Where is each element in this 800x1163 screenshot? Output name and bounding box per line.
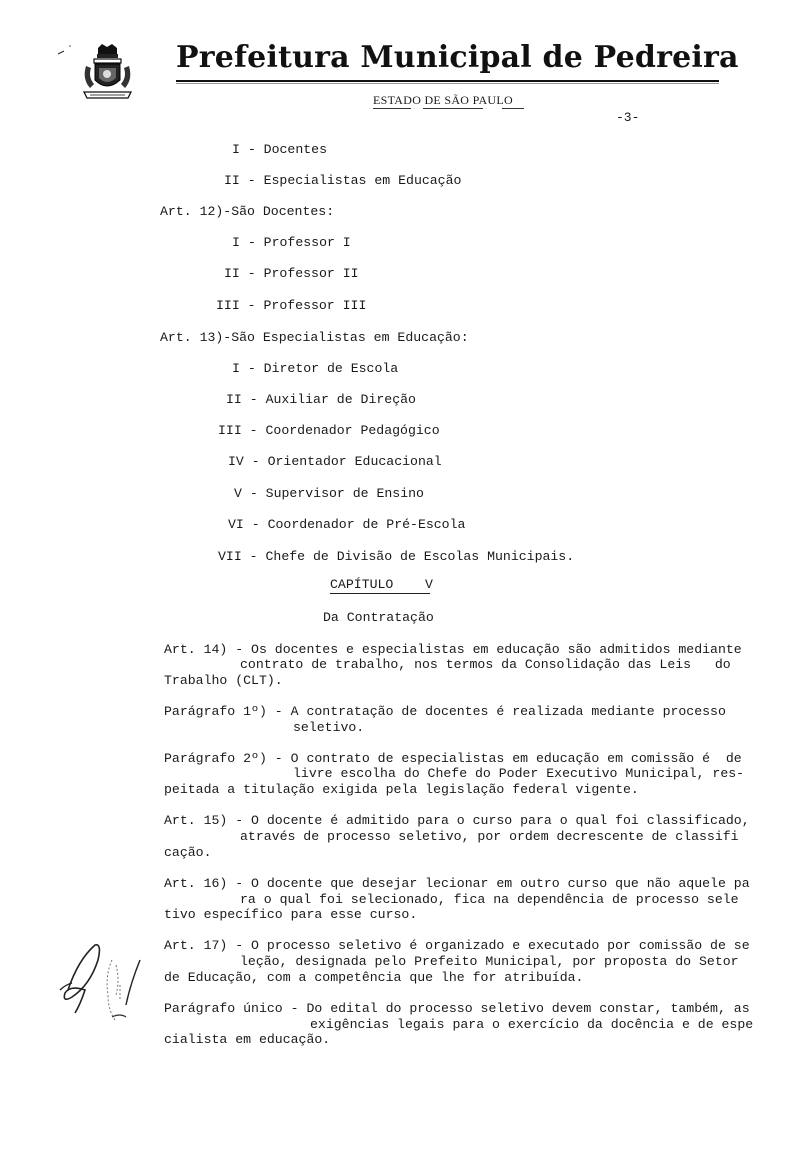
subtitle-underline xyxy=(502,108,524,109)
article-text: ra o qual foi selecionado, fica na depen… xyxy=(240,892,739,907)
signature-initials xyxy=(50,935,150,1035)
coat-of-arms-icon xyxy=(80,44,135,104)
chapter-label: CAPÍTULO V xyxy=(330,577,433,592)
list-item: II - Auxiliar de Direção xyxy=(226,392,416,407)
list-item: I - Diretor de Escola xyxy=(232,361,398,376)
article-text: tivo específico para esse curso. xyxy=(164,907,417,922)
article-heading: Art. 13)-São Especialistas em Educação: xyxy=(160,330,469,345)
list-item: V - Supervisor de Ensino xyxy=(234,486,424,501)
page-title: Prefeitura Municipal de Pedreira xyxy=(176,40,739,75)
chapter-underline xyxy=(330,593,430,594)
article-text: Trabalho (CLT). xyxy=(164,673,283,688)
article-text: Art. 17) - O processo seletivo é organiz… xyxy=(164,938,750,953)
list-item: VI - Coordenador de Pré-Escola xyxy=(228,517,465,532)
list-item: II - Especialistas em Educação xyxy=(224,173,461,188)
list-item: III - Professor III xyxy=(216,298,366,313)
list-item: I - Professor I xyxy=(232,235,351,250)
article-heading: Art. 12)-São Docentes: xyxy=(160,204,334,219)
page-number: -3- xyxy=(616,110,639,125)
article-text: leção, designada pelo Prefeito Municipal… xyxy=(240,954,739,969)
header-rule-secondary xyxy=(176,83,719,84)
article-text: Art. 15) - O docente é admitido para o c… xyxy=(164,813,750,828)
state-subtitle: ESTADO DE SÃO PAULO xyxy=(373,93,513,108)
list-item: VII - Chefe de Divisão de Escolas Munici… xyxy=(218,549,574,564)
paragraph-text: cialista em educação. xyxy=(164,1032,330,1047)
paragraph-text: Parágrafo 2º) - O contrato de especialis… xyxy=(164,751,742,766)
paragraph-text: seletivo. xyxy=(293,720,364,735)
list-item: III - Coordenador Pedagógico xyxy=(218,423,440,438)
list-item: IV - Orientador Educacional xyxy=(228,454,442,469)
paragraph-text: Parágrafo único - Do edital do processo … xyxy=(164,1001,750,1016)
header-rule xyxy=(176,80,719,82)
chapter-title: Da Contratação xyxy=(323,610,434,625)
article-text: através de processo seletivo, por ordem … xyxy=(240,829,739,844)
subtitle-underline xyxy=(423,108,483,109)
paragraph-text: peitada a titulação exigida pela legisla… xyxy=(164,782,639,797)
article-text: contrato de trabalho, nos termos da Cons… xyxy=(240,657,731,672)
paragraph-text: livre escolha do Chefe do Poder Executiv… xyxy=(293,766,744,781)
document-page: Prefeitura Municipal de Pedreira ESTADO … xyxy=(0,0,800,1163)
article-text: cação. xyxy=(164,845,211,860)
paragraph-text: exigências legais para o exercício da do… xyxy=(310,1017,753,1032)
list-item: II - Professor II xyxy=(224,266,359,281)
article-text: Art. 16) - O docente que desejar leciona… xyxy=(164,876,750,891)
article-text: Art. 14) - Os docentes e especialistas e… xyxy=(164,642,742,657)
list-item: I - Docentes xyxy=(232,142,327,157)
subtitle-underline xyxy=(373,108,411,109)
article-text: de Educação, com a competência que lhe f… xyxy=(164,970,583,985)
paragraph-text: Parágrafo 1º) - A contratação de docente… xyxy=(164,704,726,719)
